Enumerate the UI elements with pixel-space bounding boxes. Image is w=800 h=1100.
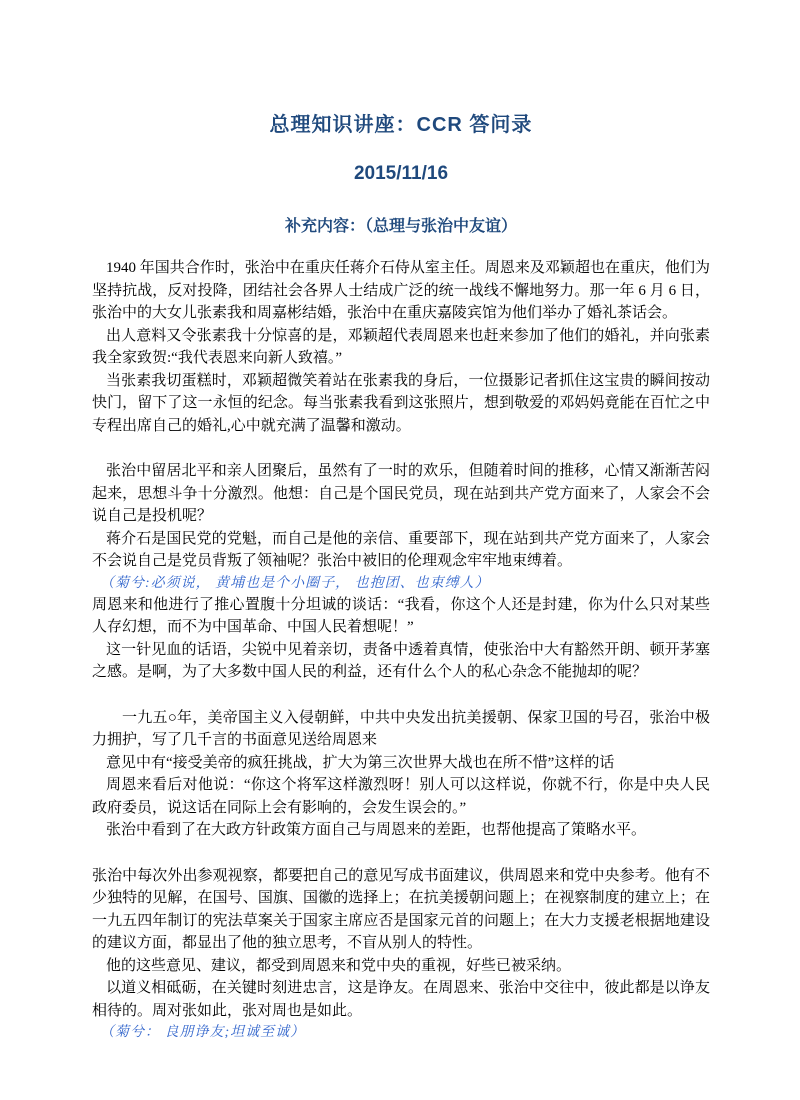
paragraph-sharp-words: 这一针见血的话语，尖锐中见着亲切，责备中透着真情，使张治中大有豁然开朗、顿开茅塞… — [92, 639, 710, 684]
paragraph-cake-photo: 当张素我切蛋糕时，邓颖超微笑着站在张素我的身后，一位摄影记者抓住这宝贵的瞬间按动… — [92, 370, 710, 438]
paragraph-korea-1950: 一九五○年，美帝国主义入侵朝鲜，中共中央发出抗美援朝、保家卫国的号召，张治中极力… — [92, 707, 710, 752]
document-date: 2015/11/16 — [92, 163, 710, 185]
paragraph-strategy-gap: 张治中看到了在大政方针政策方面自己与周恩来的差距，也帮他提高了策略水平。 — [92, 819, 710, 842]
document-title: 总理知识讲座：CCR 答问录 — [92, 108, 710, 137]
annotation-juxi-1: （菊兮:必须说， 黄埔也是个小圈子， 也抱团、也束缚人） — [92, 573, 710, 594]
paragraph-true-friends: 以道义相砥砺，在关键时刻进忠言，这是诤友。在周恩来、张治中交往中，彼此都是以诤友… — [92, 977, 710, 1022]
paragraph-zhou-candid-talk: 周恩来和他进行了推心置腹十分坦诚的谈话：“我看，你这个人还是封建，你为什么只对某… — [92, 594, 710, 639]
paragraph-zhou-response: 周恩来看后对他说：“你这个将军这样激烈呀！别人可以这样说，你就不行，你是中央人民… — [92, 774, 710, 819]
document-page: 总理知识讲座：CCR 答问录 2015/11/16 补充内容：（总理与张治中友谊… — [0, 0, 800, 1100]
document-subtitle: 补充内容：（总理与张治中友谊） — [92, 213, 710, 236]
annotation-juxi-2: （菊兮： 良朋诤友;坦诚至诚） — [92, 1022, 710, 1043]
paragraph-surprise-guest: 出人意料又令张素我十分惊喜的是，邓颖超代表周恩来也赶来参加了他们的婚礼，并向张素… — [92, 325, 710, 370]
paragraph-suggestions-adopted: 他的这些意见、建议，都受到周恩来和党中央的重视，好些已被采纳。 — [92, 955, 710, 978]
paragraph-written-opinion: 意见中有“接受美帝的疯狂挑战，扩大为第三次世界大战也在所不惜”这样的话 — [92, 752, 710, 775]
paragraph-beiping-doubt: 张治中留居北平和亲人团聚后，虽然有了一时的欢乐，但随着时间的推移，心情又渐渐苦闷… — [92, 460, 710, 528]
paragraph-loyalty-conflict: 蒋介石是国民党的党魁，而自己是他的亲信、重要部下，现在站到共产党方面来了，人家会… — [92, 528, 710, 573]
paragraph-independent-thinking: 张治中每次外出参观视察，都要把自己的意见写成书面建议，供周恩来和党中央参考。他有… — [92, 865, 710, 955]
paragraph-wedding-intro: 1940 年国共合作时，张治中在重庆任蒋介石侍从室主任。周恩来及邓颖超也在重庆，… — [92, 257, 710, 325]
document-body: 1940 年国共合作时，张治中在重庆任蒋介石侍从室主任。周恩来及邓颖超也在重庆，… — [92, 257, 710, 1043]
